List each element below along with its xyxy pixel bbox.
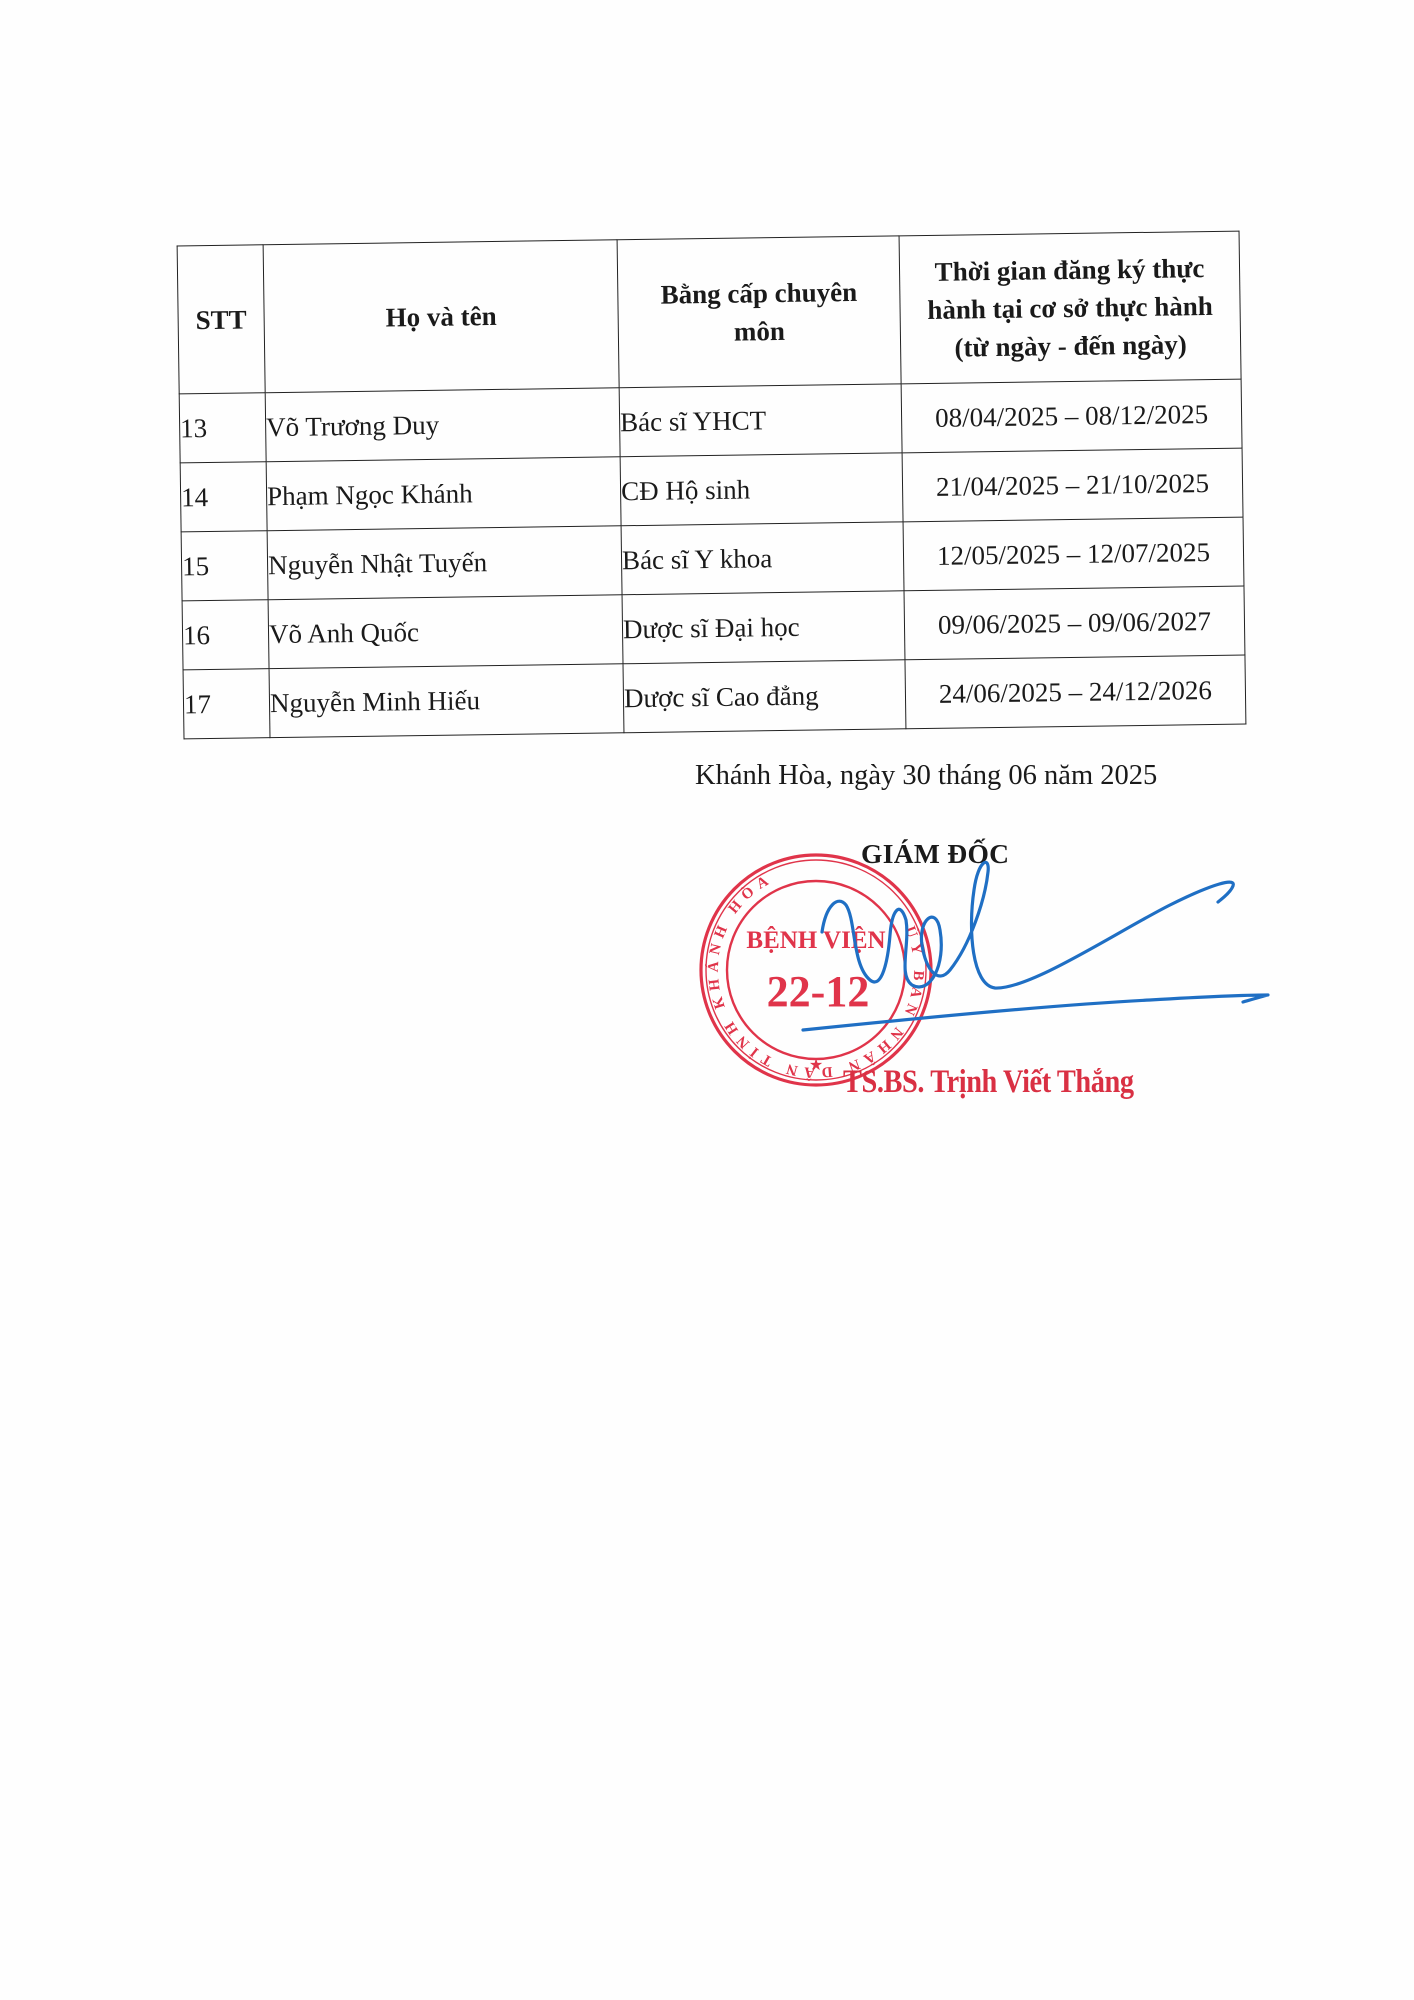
cell-degree: Dược sĩ Đại học	[622, 591, 905, 664]
cell-period: 08/04/2025 – 08/12/2025	[901, 379, 1242, 453]
cell-name: Nguyễn Nhật Tuyến	[267, 526, 622, 600]
cell-stt: 13	[179, 393, 266, 463]
cell-period: 12/05/2025 – 12/07/2025	[903, 517, 1244, 591]
cell-period: 21/04/2025 – 21/10/2025	[902, 448, 1243, 522]
stamp-line1: BỆNH VIỆN	[746, 926, 885, 954]
table-header-row: STT Họ và tên Bằng cấp chuyên môn Thời g…	[177, 231, 1241, 394]
place-date-line: Khánh Hòa, ngày 30 tháng 06 năm 2025	[695, 760, 1157, 792]
header-period-line1: Thời gian đăng ký thực	[900, 248, 1239, 291]
signer-name: TS.BS. Trịnh Viết Thắng	[843, 1064, 1134, 1101]
official-stamp-icon: ỦY BAN NHÂN DÂN TỈNH KHÁNH HÒA BỆNH VIỆN…	[690, 848, 940, 1098]
header-degree-line1: Bằng cấp chuyên	[618, 272, 900, 314]
cell-name: Phạm Ngọc Khánh	[266, 457, 621, 531]
cell-degree: Bác sĩ YHCT	[619, 384, 902, 457]
cell-name: Võ Trương Duy	[265, 388, 620, 462]
cell-stt: 16	[182, 600, 269, 670]
registration-table-container: STT Họ và tên Bằng cấp chuyên môn Thời g…	[177, 231, 1246, 738]
cell-stt: 14	[180, 462, 267, 532]
registration-table: STT Họ và tên Bằng cấp chuyên môn Thời g…	[177, 231, 1247, 740]
header-name: Họ và tên	[263, 240, 619, 393]
header-degree: Bằng cấp chuyên môn	[617, 236, 901, 388]
header-period: Thời gian đăng ký thực hành tại cơ sở th…	[899, 231, 1241, 384]
cell-degree: Dược sĩ Cao đẳng	[623, 660, 906, 733]
cell-degree: Bác sĩ Y khoa	[621, 522, 904, 595]
cell-period: 09/06/2025 – 09/06/2027	[904, 586, 1245, 660]
stamp-star-icon: ★	[809, 1055, 823, 1074]
document-page: STT Họ và tên Bằng cấp chuyên môn Thời g…	[0, 0, 1414, 2000]
cell-name: Nguyễn Minh Hiếu	[269, 664, 624, 738]
header-name-label: Họ và tên	[385, 300, 496, 332]
table-row: 17 Nguyễn Minh Hiếu Dược sĩ Cao đẳng 24/…	[183, 655, 1246, 739]
cell-stt: 15	[181, 531, 268, 601]
header-stt: STT	[177, 245, 265, 394]
header-degree-line2: môn	[619, 310, 901, 352]
cell-stt: 17	[183, 669, 270, 739]
header-period-line3: (từ ngày - đến ngày)	[901, 324, 1240, 367]
header-stt-label: STT	[195, 304, 246, 335]
stamp-line2: 22-12	[767, 967, 870, 1016]
cell-degree: CĐ Hộ sinh	[620, 453, 903, 526]
header-period-line2: hành tại cơ sở thực hành	[900, 286, 1239, 329]
cell-name: Võ Anh Quốc	[268, 595, 623, 669]
cell-period: 24/06/2025 – 24/12/2026	[905, 655, 1246, 729]
